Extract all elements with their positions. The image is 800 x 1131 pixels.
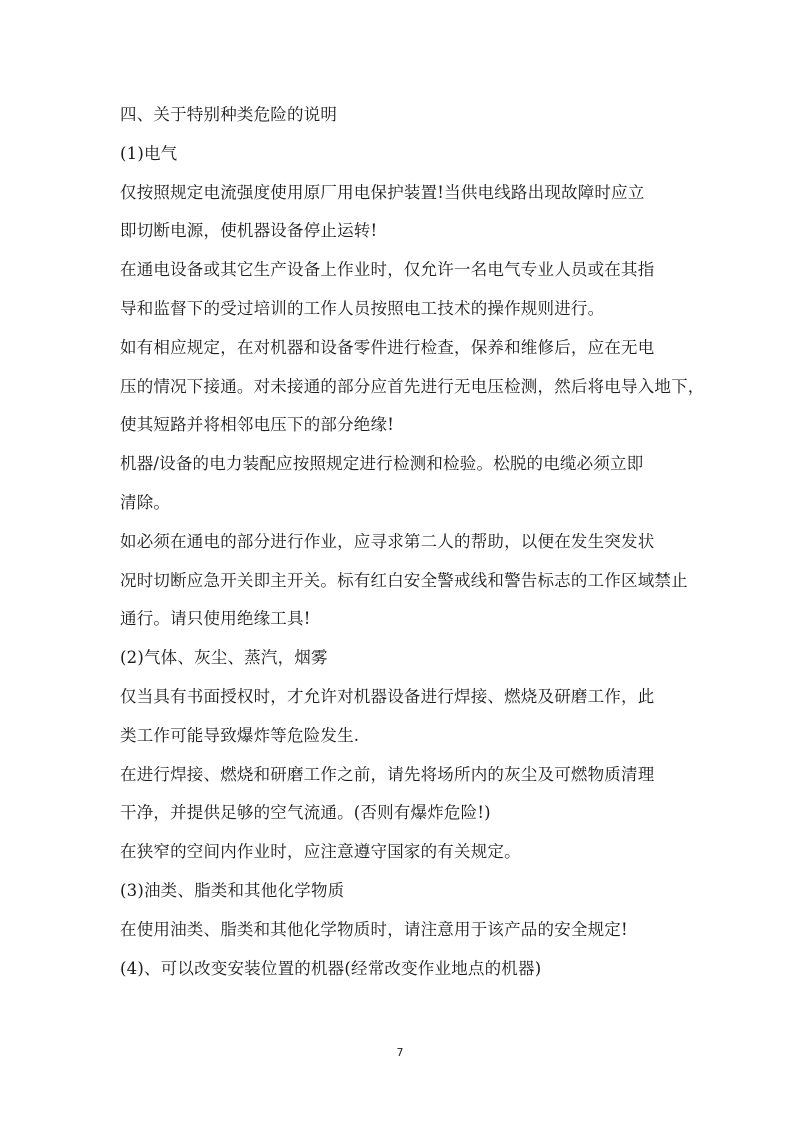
paragraph-line: 在狭窄的空间内作业时，应注意遵守国家的有关规定。	[120, 833, 700, 872]
document-body: 四、关于特别种类危险的说明 (1)电气 仅按照规定电流强度使用原厂用电保护装置!…	[120, 96, 700, 988]
section-heading: 四、关于特别种类危险的说明	[120, 96, 700, 135]
paragraph-line: 导和监督下的受过培训的工作人员按照电工技术的操作规则进行。	[120, 290, 700, 329]
paragraph-line: 况时切断应急开关即主开关。标有红白安全警戒线和警告标志的工作区域禁止	[120, 562, 700, 601]
paragraph-line: 即切断电源，使机器设备停止运转!	[120, 212, 700, 251]
paragraph-line: 仅按照规定电流强度使用原厂用电保护装置!当供电线路出现故障时应立	[120, 174, 700, 213]
paragraph-line: 在使用油类、脂类和其他化学物质时，请注意用于该产品的安全规定!	[120, 911, 700, 950]
paragraph-line: 使其短路并将相邻电压下的部分绝缘!	[120, 406, 700, 445]
subsection-heading-gas-dust: (2)气体、灰尘、蒸汽，烟雾	[120, 639, 700, 678]
page-number: 7	[0, 1046, 800, 1059]
paragraph-line: 类工作可能导致爆炸等危险发生.	[120, 717, 700, 756]
paragraph-line: 在进行焊接、燃烧和研磨工作之前，请先将场所内的灰尘及可燃物质清理	[120, 756, 700, 795]
subsection-heading-electrical: (1)电气	[120, 135, 700, 174]
paragraph-line: 仅当具有书面授权时，才允许对机器设备进行焊接、燃烧及研磨工作，此	[120, 678, 700, 717]
paragraph-line: 如有相应规定，在对机器和设备零件进行检查，保养和维修后，应在无电	[120, 329, 700, 368]
paragraph-line: 清除。	[120, 484, 700, 523]
paragraph-line: 在通电设备或其它生产设备上作业时，仅允许一名电气专业人员或在其指	[120, 251, 700, 290]
document-page: 四、关于特别种类危险的说明 (1)电气 仅按照规定电流强度使用原厂用电保护装置!…	[0, 0, 800, 1131]
paragraph-line: 机器/设备的电力装配应按照规定进行检测和检验。松脱的电缆必须立即	[120, 445, 700, 484]
paragraph-line: 如必须在通电的部分进行作业，应寻求第二人的帮助，以便在发生突发状	[120, 523, 700, 562]
paragraph-line: 通行。请只使用绝缘工具!	[120, 600, 700, 639]
subsection-heading-chemicals: (3)油类、脂类和其他化学物质	[120, 872, 700, 911]
paragraph-line: 压的情况下接通。对未接通的部分应首先进行无电压检测，然后将电导入地下，	[120, 368, 700, 407]
paragraph-line: 干净，并提供足够的空气流通。(否则有爆炸危险!)	[120, 794, 700, 833]
subsection-heading-movable-machines: (4)、可以改变安装位置的机器(经常改变作业地点的机器)	[120, 950, 700, 989]
